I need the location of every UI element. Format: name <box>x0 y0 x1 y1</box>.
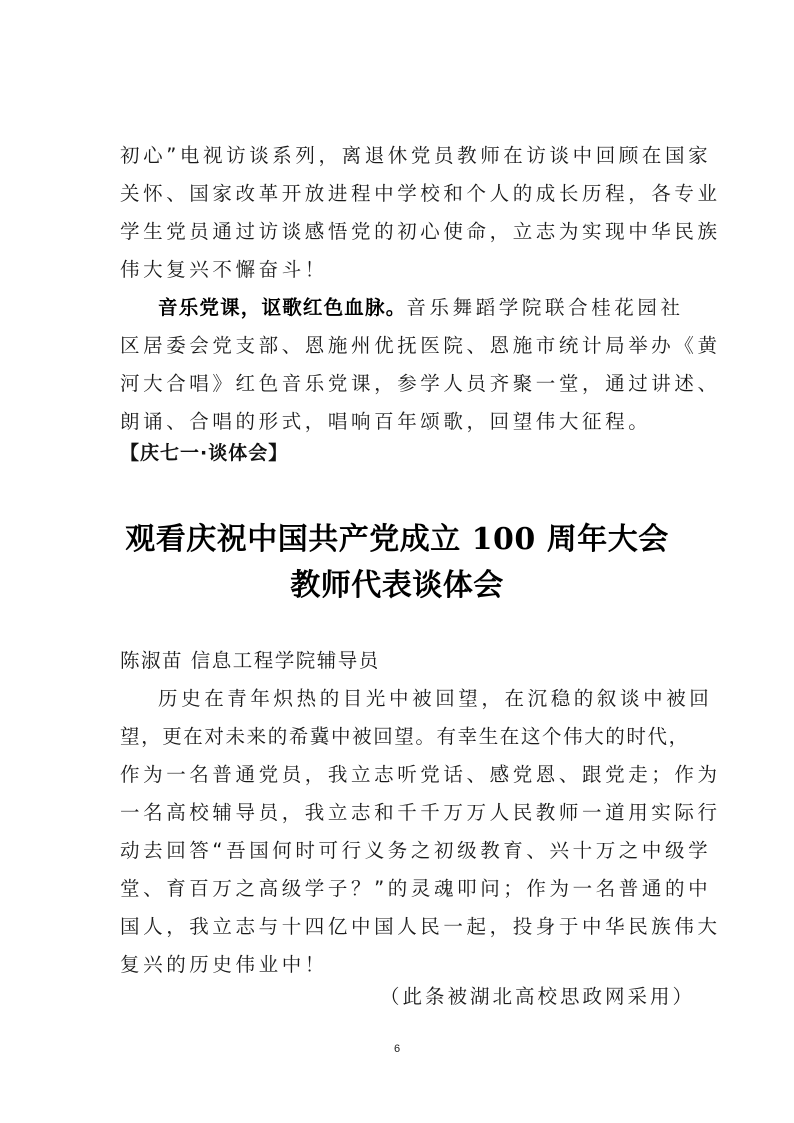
paragraph-line: 区居委会党支部、恩施州优抚医院、恩施市统计局举办《黄 <box>120 333 680 359</box>
paragraph-bold-lead: 音乐党课，讴歌红色血脉。 <box>158 296 406 319</box>
paragraph-text: 音乐舞蹈学院联合桂花园社 <box>406 296 683 319</box>
paragraph-line: 初心”电视访谈系列，离退休党员教师在访谈中回顾在国家 <box>120 143 680 169</box>
body-line: 堂、育百万之高级学子？”的灵魂叩问；作为一名普通的中 <box>120 876 680 902</box>
page-number: 6 <box>0 1043 794 1055</box>
source-note: （此条被湖北高校思政网采用） <box>380 984 695 1010</box>
paragraph-line: 朗诵、合唱的形式，唱响百年颂歌，回望伟大征程。 <box>120 409 680 435</box>
body-line: 望，更在对未来的希冀中被回望。有幸生在这个伟大的时代， <box>120 724 680 750</box>
document-page: 初心”电视访谈系列，离退休党员教师在访谈中回顾在国家 关怀、国家改革开放进程中学… <box>0 0 794 1123</box>
body-line: 动去回答“吾国何时可行义务之初级教育、兴十万之中级学 <box>120 838 680 864</box>
paragraph-first-line: 音乐党课，讴歌红色血脉。音乐舞蹈学院联合桂花园社 <box>158 295 680 321</box>
body-line: 历史在青年炽热的目光中被回望，在沉稳的叙谈中被回 <box>158 686 680 712</box>
paragraph-line: 河大合唱》红色音乐党课，参学人员齐聚一堂，通过讲述、 <box>120 371 680 397</box>
paragraph-line: 关怀、国家改革开放进程中学校和个人的成长历程，各专业 <box>120 181 680 207</box>
article-title-line-1: 观看庆祝中国共产党成立 100 周年大会 <box>0 520 794 560</box>
body-line: 复兴的历史伟业中！ <box>120 952 680 978</box>
paragraph-line: 学生党员通过访谈感悟党的初心使命，立志为实现中华民族 <box>120 219 680 245</box>
paragraph-line: 伟大复兴不懈奋斗！ <box>120 257 680 283</box>
article-title-line-2: 教师代表谈体会 <box>0 566 794 606</box>
section-tag: 【庆七一·谈体会】 <box>120 440 288 466</box>
body-line: 作为一名普通党员，我立志听党话、感党恩、跟党走；作为 <box>120 762 680 788</box>
article-author: 陈淑苗 信息工程学院辅导员 <box>120 648 380 674</box>
body-line: 一名高校辅导员，我立志和千千万万人民教师一道用实际行 <box>120 800 680 826</box>
body-line: 国人，我立志与十四亿中国人民一起，投身于中华民族伟大 <box>120 914 680 940</box>
